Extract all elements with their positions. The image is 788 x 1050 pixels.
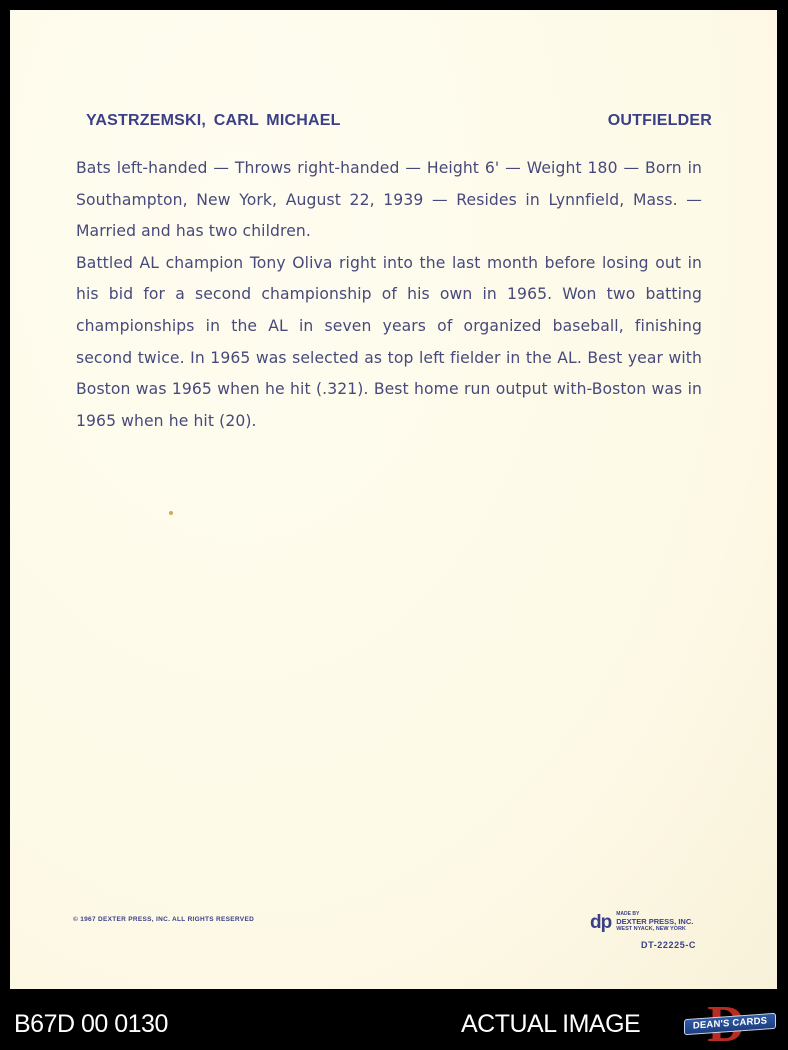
player-name: YASTRZEMSKI, CARL MICHAEL (86, 112, 341, 130)
actual-image-label: ACTUAL IMAGE (461, 1010, 640, 1039)
publisher-location: WEST NYACK, NEW YORK (616, 926, 693, 932)
print-speck (169, 511, 173, 515)
card-header: YASTRZEMSKI, CARL MICHAEL OUTFIELDER (86, 110, 712, 132)
inventory-id: B67D 00 0130 (14, 1010, 168, 1039)
publisher-block: dp MADE BY DEXTER PRESS, INC. WEST NYACK… (590, 912, 693, 933)
copyright-notice: © 1967 DEXTER PRESS, INC. ALL RIGHTS RES… (73, 916, 254, 923)
dexter-press-logo-icon: dp (590, 913, 611, 932)
bio-career: Battled AL champion Tony Oliva right int… (76, 248, 702, 438)
logo-banner: DEAN'S CARDS (684, 1013, 776, 1035)
player-position: OUTFIELDER (608, 112, 712, 130)
card-code: DT-22225-C (641, 940, 696, 950)
bio-vitals: Bats left-handed — Throws right-handed —… (76, 153, 702, 248)
player-bio: Bats left-handed — Throws right-handed —… (76, 153, 702, 437)
publisher-name: DEXTER PRESS, INC. (616, 918, 693, 927)
deans-cards-logo: D DEAN'S CARDS (684, 1002, 776, 1048)
